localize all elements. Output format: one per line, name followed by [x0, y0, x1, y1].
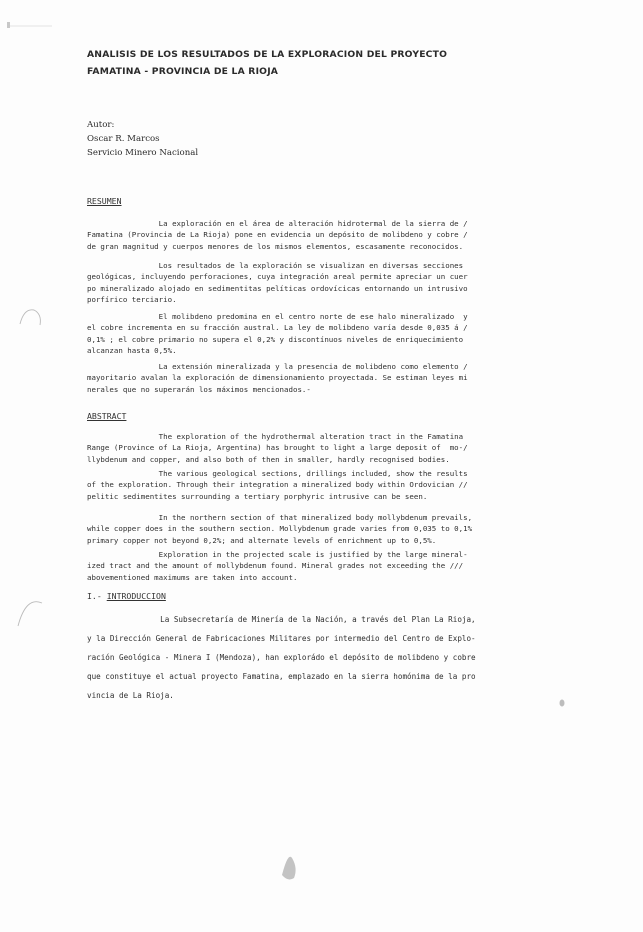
scan-artifacts: [0, 0, 643, 932]
document-page: ANALISIS DE LOS RESULTADOS DE LA EXPLORA…: [0, 0, 643, 932]
